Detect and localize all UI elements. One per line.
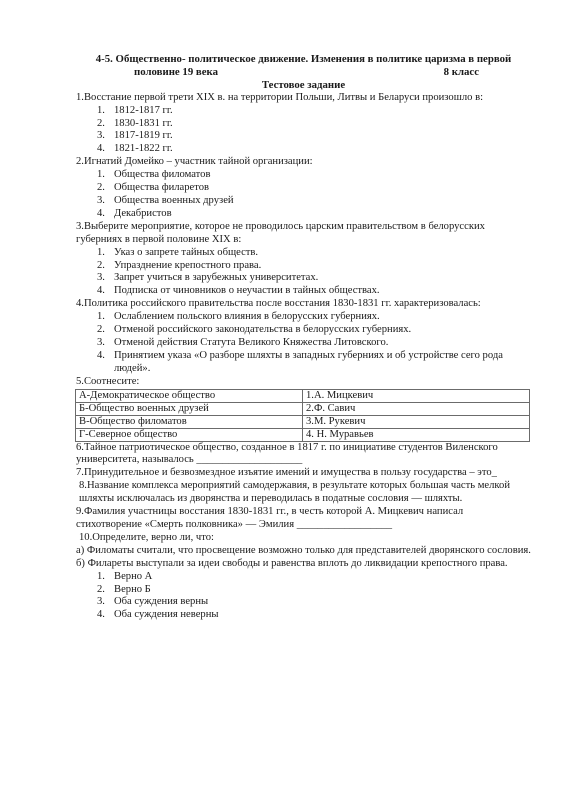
table-cell: 1.А. Мицкевич xyxy=(303,389,530,402)
option: 2.Общества филаретов xyxy=(76,182,531,195)
option: 2.Отменой российского законодательства в… xyxy=(76,324,531,337)
title-period: половине 19 века xyxy=(134,66,218,79)
table-row: Г-Северное общество 4. Н. Муравьев xyxy=(76,428,530,441)
option-text: Отменой российского законодательства в б… xyxy=(114,324,411,335)
option: 3.1817-1819 гг. xyxy=(76,130,531,143)
option: 1.Общества филоматов xyxy=(76,169,531,182)
option: 1.Ослаблением польского влияния в белору… xyxy=(76,311,531,324)
question-1-options: 1.1812-1817 гг. 2.1830-1831 гг. 3.1817-1… xyxy=(76,105,531,157)
question-4: 4.Политика российского правительства пос… xyxy=(76,298,531,311)
option-text: Декабристов xyxy=(114,208,172,219)
question-8: 8.Название комплекса мероприятий самодер… xyxy=(76,480,531,506)
option: 2.1830-1831 гг. xyxy=(76,118,531,131)
option: 2.Упразднение крепостного права. xyxy=(76,260,531,273)
option-text: 1821-1822 гг. xyxy=(114,143,173,154)
option: 4.Принятием указа «О разборе шляхты в за… xyxy=(76,350,531,376)
option: 4.1821-1822 гг. xyxy=(76,143,531,156)
option-text: Оба суждения верны xyxy=(114,596,208,607)
option-text: Общества филаретов xyxy=(114,182,209,193)
option-text: Принятием указа «О разборе шляхты в запа… xyxy=(114,350,503,374)
option-text: Упразднение крепостного права. xyxy=(114,260,261,271)
document-page: 4-5. Общественно- политическое движение.… xyxy=(76,53,531,622)
option: 4.Подписка от чиновников о неучастии в т… xyxy=(76,285,531,298)
table-cell: 4. Н. Муравьев xyxy=(303,428,530,441)
matching-table: А-Демократическое общество 1.А. Мицкевич… xyxy=(75,389,530,442)
option: 3.Отменой действия Статута Великого Княж… xyxy=(76,337,531,350)
question-10-statement-b: б) Филареты выступали за идеи свободы и … xyxy=(76,558,531,571)
table-cell: Б-Общество военных друзей xyxy=(76,402,303,415)
table-cell: А-Демократическое общество xyxy=(76,389,303,402)
option: 3.Общества военных друзей xyxy=(76,195,531,208)
option: 4.Декабристов xyxy=(76,208,531,221)
question-9: 9.Фамилия участницы восстания 1830-1831 … xyxy=(76,506,531,532)
question-2-options: 1.Общества филоматов 2.Общества филарето… xyxy=(76,169,531,221)
table-cell: 3.М. Рукевич xyxy=(303,415,530,428)
option: 1.Указ о запрете тайных обществ. xyxy=(76,247,531,260)
document-title-line2: половине 19 века 8 класс xyxy=(76,66,531,79)
question-5: 5.Соотнесите: xyxy=(76,376,531,389)
table-cell: Г-Северное общество xyxy=(76,428,303,441)
option-text: Верно А xyxy=(114,571,152,582)
option-text: Отменой действия Статута Великого Княжес… xyxy=(114,337,388,348)
option-text: Подписка от чиновников о неучастии в тай… xyxy=(114,285,380,296)
option-text: 1817-1819 гг. xyxy=(114,130,173,141)
option-text: Запрет учиться в зарубежных университета… xyxy=(114,272,318,283)
option-text: 1830-1831 гг. xyxy=(114,118,173,129)
document-subtitle: Тестовое задание xyxy=(76,79,531,92)
option: 1.1812-1817 гг. xyxy=(76,105,531,118)
option-text: Ослаблением польского влияния в белорусс… xyxy=(114,311,380,322)
grade-label: 8 класс xyxy=(444,66,479,79)
question-1: 1.Восстание первой трети XIX в. на терри… xyxy=(76,92,531,105)
option-text: 1812-1817 гг. xyxy=(114,105,173,116)
question-4-options: 1.Ослаблением польского влияния в белору… xyxy=(76,311,531,376)
option: 1.Верно А xyxy=(76,571,531,584)
table-cell: В-Общество филоматов xyxy=(76,415,303,428)
question-10-statement-a: а) Филоматы считали, что просвещение воз… xyxy=(76,545,531,558)
option-text: Указ о запрете тайных обществ. xyxy=(114,247,258,258)
option: 3.Оба суждения верны xyxy=(76,596,531,609)
option: 2.Верно Б xyxy=(76,584,531,597)
table-cell: 2.Ф. Савич xyxy=(303,402,530,415)
question-3: 3.Выберите мероприятие, которое не прово… xyxy=(76,221,531,247)
question-10: 10.Определите, верно ли, что: xyxy=(76,532,531,545)
option-text: Оба суждения неверны xyxy=(114,609,218,620)
option: 4.Оба суждения неверны xyxy=(76,609,531,622)
table-row: А-Демократическое общество 1.А. Мицкевич xyxy=(76,389,530,402)
question-3-options: 1.Указ о запрете тайных обществ. 2.Упраз… xyxy=(76,247,531,299)
document-title: 4-5. Общественно- политическое движение.… xyxy=(76,53,531,66)
option: 3.Запрет учиться в зарубежных университе… xyxy=(76,272,531,285)
question-2: 2.Игнатий Домейко – участник тайной орга… xyxy=(76,156,531,169)
option-text: Общества филоматов xyxy=(114,169,210,180)
option-text: Верно Б xyxy=(114,584,151,595)
question-10-options: 1.Верно А 2.Верно Б 3.Оба суждения верны… xyxy=(76,571,531,623)
table-row: Б-Общество военных друзей 2.Ф. Савич xyxy=(76,402,530,415)
option-text: Общества военных друзей xyxy=(114,195,234,206)
question-7: 7.Принудительное и безвозмездное изъятие… xyxy=(76,467,531,480)
table-row: В-Общество филоматов 3.М. Рукевич xyxy=(76,415,530,428)
question-6: 6.Тайное патриотическое общество, создан… xyxy=(76,442,531,468)
